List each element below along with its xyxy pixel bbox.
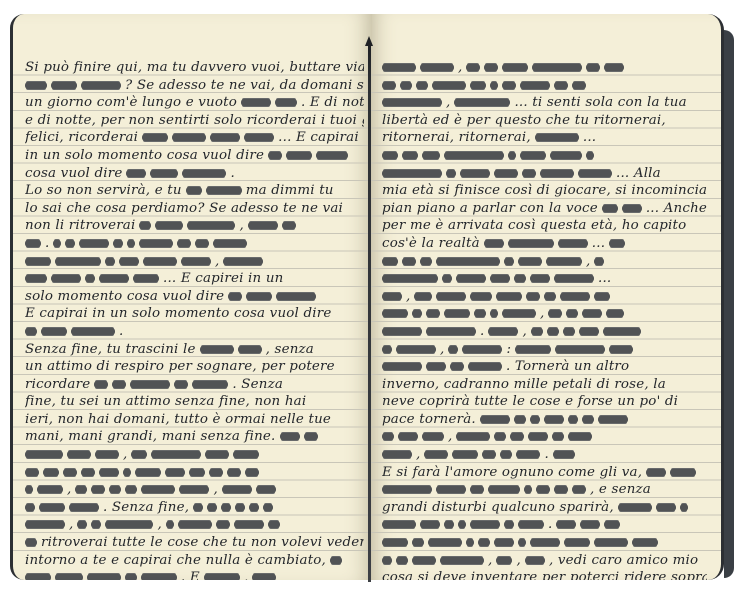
scribbled-out-word — [213, 240, 247, 247]
scribbled-out-word — [53, 240, 61, 247]
scribbled-out-word — [216, 521, 230, 528]
handwritten-text-left: Si può finire qui, ma tu davvero vuoi, b… — [25, 59, 364, 580]
text-segment: libertà ed è per questo che tu ritornera… — [382, 113, 666, 128]
scribbled-out-word — [504, 521, 514, 528]
handwritten-line: ,, — [25, 516, 364, 534]
scribbled-out-word — [555, 346, 605, 353]
left-page: Si può finire qui, ma tu davvero vuoi, b… — [10, 14, 372, 580]
handwritten-line: ... — [382, 270, 707, 288]
scribbled-out-word — [462, 346, 502, 353]
scribbled-out-word — [382, 539, 408, 546]
text-segment: , — [406, 289, 410, 304]
text-segment: . — [480, 324, 484, 339]
text-segment: . — [544, 447, 548, 462]
scribbled-out-word — [622, 205, 642, 212]
scribbled-out-word — [209, 469, 223, 476]
scribbled-out-word — [233, 451, 259, 458]
scribbled-out-word — [141, 574, 177, 580]
scribbled-out-word — [382, 363, 422, 370]
scribbled-out-word — [51, 275, 81, 282]
scribbled-out-word — [478, 539, 490, 546]
scribbled-out-word — [556, 521, 576, 528]
handwritten-line: cosa vuol dire. — [25, 165, 364, 183]
scribbled-out-word — [563, 328, 575, 335]
scribbled-out-word — [490, 310, 498, 317]
handwritten-line: , — [382, 59, 707, 77]
scribbled-out-word — [528, 433, 548, 440]
scribbled-out-word — [540, 170, 574, 177]
scribbled-out-word — [514, 416, 526, 423]
scribbled-out-word — [496, 557, 512, 564]
scribbled-out-word — [69, 504, 99, 511]
scribbled-out-word — [488, 486, 520, 493]
scribbled-out-word — [422, 152, 440, 159]
scribbled-out-word — [204, 574, 240, 580]
scribbled-out-word — [602, 205, 618, 212]
text-segment: ... Alla — [616, 166, 661, 181]
text-segment: , — [416, 447, 420, 462]
scribbled-out-word — [412, 539, 424, 546]
scribbled-out-word — [520, 152, 546, 159]
handwritten-line: ieri, non hai domani, tutto è ormai nell… — [25, 411, 364, 429]
handwritten-line: ricordare. Senza — [25, 376, 364, 394]
scribbled-out-word — [436, 486, 466, 493]
scribbled-out-word — [598, 416, 628, 423]
handwritten-text-right: ,,... ti senti sola con la tualibertà ed… — [382, 59, 707, 580]
scribbled-out-word — [396, 346, 436, 353]
scribbled-out-word — [125, 486, 137, 493]
scribbled-out-word — [594, 293, 610, 300]
scribbled-out-word — [572, 486, 586, 493]
scribbled-out-word — [179, 486, 209, 493]
scribbled-out-word — [206, 187, 242, 194]
scribbled-out-word — [416, 82, 428, 89]
text-segment: . E — [181, 570, 200, 580]
scribbled-out-word — [275, 99, 297, 106]
scribbled-out-word — [282, 222, 296, 229]
scribbled-out-word — [646, 469, 666, 476]
scribbled-out-word — [518, 539, 526, 546]
text-segment: Si può finire qui, ma tu davvero vuoi, b… — [25, 60, 364, 75]
scribbled-out-word — [426, 328, 476, 335]
text-segment: , vedi caro amico mio — [549, 553, 698, 568]
scribbled-out-word — [142, 134, 168, 141]
scribbled-out-word — [414, 293, 432, 300]
scribbled-out-word — [536, 486, 550, 493]
text-segment: E si farà l'amore ognuno come gli va, — [382, 465, 642, 480]
scribbled-out-word — [460, 170, 490, 177]
scribbled-out-word — [500, 451, 512, 458]
scribbled-out-word — [25, 451, 63, 458]
scribbled-out-word — [210, 134, 240, 141]
text-segment: ricordare — [25, 377, 90, 392]
scribbled-out-word — [123, 469, 131, 476]
scribbled-out-word — [330, 557, 342, 564]
text-segment: pace tornerà. — [382, 412, 476, 427]
text-segment: ... ti senti sola con la tua — [514, 95, 686, 110]
text-segment: mia età si finisce così di giocare, si i… — [382, 183, 707, 198]
scribbled-out-word — [454, 99, 510, 106]
handwritten-line: Lo so non servirà, e tuma dimmi tu — [25, 182, 364, 200]
handwritten-line: ritroverai tutte le cose che tu non vole… — [25, 534, 364, 552]
text-segment: , — [213, 482, 217, 497]
text-segment: non li ritroverai — [25, 218, 135, 233]
scribbled-out-word — [382, 310, 408, 317]
scribbled-out-word — [450, 363, 464, 370]
text-segment: . Senza fine, — [103, 500, 189, 515]
handwritten-line: ., — [382, 323, 707, 341]
handwritten-line: , — [382, 428, 707, 446]
handwritten-line: neve coprirà tutte le cose e forse un po… — [382, 393, 707, 411]
text-segment: , — [458, 60, 462, 75]
scribbled-out-word — [510, 433, 524, 440]
handwritten-line: non li ritroverai, — [25, 217, 364, 235]
scribbled-out-word — [468, 363, 502, 370]
text-segment: cos'è la realtà — [382, 236, 480, 251]
handwritten-line: un giorno com'è lungo e vuoto. E di nott… — [25, 94, 364, 112]
scribbled-out-word — [382, 557, 392, 564]
scribbled-out-word — [172, 134, 206, 141]
scribbled-out-word — [268, 521, 280, 528]
text-segment: neve coprirà tutte le cose e forse un po… — [382, 394, 678, 409]
scribbled-out-word — [412, 310, 422, 317]
text-segment: ... — [592, 236, 605, 251]
text-segment: , — [157, 517, 161, 532]
handwritten-line: mani, mani grandi, mani senza fine. — [25, 428, 364, 446]
scribbled-out-word — [446, 170, 456, 177]
scribbled-out-word — [532, 64, 582, 71]
scribbled-out-word — [109, 486, 121, 493]
scribbled-out-word — [77, 521, 87, 528]
scribbled-out-word — [526, 293, 540, 300]
scribbled-out-word — [382, 152, 398, 159]
handwritten-line: mia età si finisce così di giocare, si i… — [382, 182, 707, 200]
scribbled-out-word — [428, 539, 462, 546]
scribbled-out-word — [39, 504, 65, 511]
text-segment: ma dimmi tu — [246, 183, 334, 198]
handwritten-line: libertà ed è per questo che tu ritornera… — [382, 112, 707, 130]
scribbled-out-word — [516, 451, 540, 458]
scribbled-out-word — [382, 486, 432, 493]
text-segment: , — [123, 447, 127, 462]
scribbled-out-word — [189, 469, 205, 476]
scribbled-out-word — [420, 521, 440, 528]
handwritten-line: grandi disturbi qualcuno sparirà, — [382, 499, 707, 517]
scribbled-out-word — [126, 170, 146, 177]
text-segment: ritornerai, ritornerai, — [382, 130, 531, 145]
scribbled-out-word — [632, 539, 658, 546]
scribbled-out-word — [268, 152, 282, 159]
scribbled-out-word — [249, 504, 259, 511]
scribbled-out-word — [25, 258, 51, 265]
scribbled-out-word — [280, 433, 300, 440]
scribbled-out-word — [99, 469, 119, 476]
scribbled-out-word — [618, 504, 652, 511]
scribbled-out-word — [514, 275, 526, 282]
text-segment: per me è arrivata così questa età, ho ca… — [382, 218, 686, 233]
text-segment: Senza fine, tu trascini le — [25, 342, 196, 357]
handwritten-line: solo momento cosa vuol dire — [25, 288, 364, 306]
scribbled-out-word — [444, 521, 454, 528]
scribbled-out-word — [67, 451, 91, 458]
scribbled-out-word — [444, 310, 470, 317]
text-segment: in un solo momento cosa vuol dire — [25, 148, 264, 163]
scribbled-out-word — [398, 433, 418, 440]
handwritten-line: pace tornerà. — [382, 411, 707, 429]
scribbled-out-word — [382, 346, 392, 353]
scribbled-out-word — [382, 258, 398, 265]
handwritten-line: in un solo momento cosa vuol dire — [25, 147, 364, 165]
scribbled-out-word — [494, 539, 514, 546]
text-segment: intorno a te e capirai che nulla è cambi… — [25, 553, 326, 568]
scribbled-out-word — [207, 504, 217, 511]
scribbled-out-word — [382, 433, 394, 440]
text-segment: un giorno com'è lungo e vuoto — [25, 95, 237, 110]
scribbled-out-word — [221, 504, 231, 511]
scribbled-out-word — [568, 433, 592, 440]
scribbled-out-word — [496, 293, 522, 300]
scribbled-out-word — [200, 346, 234, 353]
scribbled-out-word — [544, 293, 556, 300]
scribbled-out-word — [456, 433, 490, 440]
scribbled-out-word — [382, 99, 442, 106]
handwritten-line: ... Alla — [382, 165, 707, 183]
scribbled-out-word — [256, 486, 276, 493]
handwritten-line: per me è arrivata così questa età, ho ca… — [382, 217, 707, 235]
scribbled-out-word — [424, 451, 448, 458]
scribbled-out-word — [139, 240, 173, 247]
scribbled-out-word — [166, 521, 174, 528]
scribbled-out-word — [131, 451, 147, 458]
scribbled-out-word — [535, 134, 579, 141]
scribbled-out-word — [396, 557, 408, 564]
scribbled-out-word — [452, 451, 478, 458]
handwritten-line: E capirai in un solo momento cosa vuol d… — [25, 305, 364, 323]
text-segment: , — [69, 517, 73, 532]
text-segment: . Senza — [232, 377, 283, 392]
handwritten-line: E si farà l'amore ognuno come gli va, — [382, 464, 707, 482]
scribbled-out-word — [456, 275, 486, 282]
scribbled-out-word — [440, 557, 484, 564]
scribbled-out-word — [41, 328, 67, 335]
scribbled-out-word — [494, 170, 518, 177]
text-segment: ... Anche — [646, 201, 707, 216]
scribbled-out-word — [228, 293, 242, 300]
handwritten-line — [382, 77, 707, 95]
text-segment: . Tornerà un altro — [506, 359, 629, 374]
right-page: ,,... ti senti sola con la tualibertà ed… — [372, 14, 724, 580]
scribbled-out-word — [484, 64, 498, 71]
scribbled-out-word — [402, 152, 418, 159]
scribbled-out-word — [25, 486, 33, 493]
text-segment: cosa vuol dire — [25, 166, 122, 181]
scribbled-out-word — [382, 275, 438, 282]
scribbled-out-word — [245, 469, 259, 476]
scribbled-out-word — [182, 170, 226, 177]
text-segment: felici, ricorderai — [25, 130, 138, 145]
handwritten-line: , — [25, 446, 364, 464]
text-segment: E capirai in un solo momento cosa vuol d… — [25, 306, 331, 321]
scribbled-out-word — [568, 416, 578, 423]
handwritten-line: . E, — [25, 569, 364, 580]
scribbled-out-word — [508, 240, 554, 247]
handwritten-line: . — [25, 235, 364, 253]
scribbled-out-word — [604, 64, 624, 71]
scribbled-out-word — [530, 275, 550, 282]
scribbled-out-word — [130, 381, 170, 388]
scribbled-out-word — [466, 64, 480, 71]
scribbled-out-word — [564, 539, 590, 546]
handwritten-line: lo sai che cosa perdiamo? Se adesso te n… — [25, 200, 364, 218]
handwritten-line: ... E capirei in un — [25, 270, 364, 288]
scribbled-out-word — [165, 469, 185, 476]
scribbled-out-word — [113, 240, 123, 247]
scribbled-out-word — [544, 416, 564, 423]
scribbled-out-word — [81, 469, 95, 476]
scribbled-out-word — [51, 82, 77, 89]
scribbled-out-word — [316, 152, 348, 159]
open-notebook: Si può finire qui, ma tu davvero vuoi, b… — [10, 14, 730, 586]
scribbled-out-word — [193, 504, 203, 511]
scribbled-out-word — [444, 152, 504, 159]
text-segment: , — [440, 342, 444, 357]
scribbled-out-word — [609, 346, 633, 353]
scribbled-out-word — [466, 539, 474, 546]
scribbled-out-word — [525, 557, 545, 564]
scribbled-out-word — [99, 275, 129, 282]
scribbled-out-word — [578, 170, 612, 177]
scribbled-out-word — [670, 469, 696, 476]
text-segment: ieri, non hai domani, tutto è ormai nell… — [25, 412, 331, 427]
scribbled-out-word — [382, 521, 416, 528]
scribbled-out-word — [470, 486, 484, 493]
scribbled-out-word — [222, 486, 252, 493]
text-segment: fine, tu sei un attimo senza fine, non h… — [25, 394, 306, 409]
scribbled-out-word — [195, 240, 209, 247]
text-segment: . — [45, 236, 49, 251]
scribbled-out-word — [91, 521, 101, 528]
handwritten-line: ? Se adesso te ne vai, da domani sopra — [25, 77, 364, 95]
scribbled-out-word — [606, 310, 624, 317]
text-segment: , — [239, 218, 243, 233]
text-segment: , — [215, 254, 219, 269]
scribbled-out-word — [25, 539, 37, 546]
text-segment: mani, mani grandi, mani senza fine. — [25, 429, 276, 444]
scribbled-out-word — [95, 451, 119, 458]
scribbled-out-word — [680, 504, 688, 511]
scribbled-out-word — [515, 346, 551, 353]
text-segment: , — [522, 324, 526, 339]
handwritten-line: , e senza — [382, 481, 707, 499]
scribbled-out-word — [238, 346, 262, 353]
scribbled-out-word — [530, 539, 560, 546]
handwritten-line: , — [382, 253, 707, 271]
scribbled-out-word — [579, 328, 599, 335]
text-segment: ritroverai tutte le cose che tu non vole… — [41, 535, 364, 550]
scribbled-out-word — [422, 433, 444, 440]
handwritten-line: Si può finire qui, ma tu davvero vuoi, b… — [25, 59, 364, 77]
scribbled-out-word — [554, 275, 594, 282]
text-segment: Lo so non servirà, e tu — [25, 183, 182, 198]
scribbled-out-word — [558, 240, 588, 247]
scribbled-out-word — [25, 275, 47, 282]
text-segment: ... — [598, 271, 611, 286]
handwritten-line: cos'è la realtà... — [382, 235, 707, 253]
handwritten-line: . — [25, 323, 364, 341]
text-segment: . — [119, 324, 123, 339]
scribbled-out-word — [37, 486, 63, 493]
handwritten-line: pian piano a parlar con la voce... Anche — [382, 200, 707, 218]
scribbled-out-word — [205, 451, 229, 458]
handwritten-line: . — [382, 516, 707, 534]
scribbled-out-word — [382, 64, 416, 71]
text-segment: , senza — [266, 342, 314, 357]
handwritten-line: , — [25, 253, 364, 271]
scribbled-out-word — [402, 258, 416, 265]
scribbled-out-word — [276, 293, 316, 300]
scribbled-out-word — [553, 451, 575, 458]
scribbled-out-word — [81, 82, 121, 89]
scribbled-out-word — [566, 310, 578, 317]
text-segment: . E di notte — [301, 95, 364, 110]
handwritten-line: ,,, vedi caro amico mio — [382, 552, 707, 570]
text-segment: ? Se adesso te ne vai, da domani sopra — [125, 78, 364, 93]
scribbled-out-word — [63, 469, 77, 476]
scribbled-out-word — [187, 222, 235, 229]
scribbled-out-word — [248, 222, 278, 229]
text-segment: , — [540, 306, 544, 321]
scribbled-out-word — [586, 152, 594, 159]
scribbled-out-word — [25, 240, 41, 247]
text-segment: , — [446, 95, 450, 110]
scribbled-out-word — [25, 574, 51, 580]
scribbled-out-word — [143, 258, 177, 265]
scribbled-out-word — [252, 574, 276, 580]
text-segment: . — [230, 166, 234, 181]
scribbled-out-word — [490, 82, 498, 89]
scribbled-out-word — [518, 521, 544, 528]
scribbled-out-word — [520, 82, 550, 89]
text-segment: , e senza — [590, 482, 651, 497]
text-segment: , — [488, 553, 492, 568]
scribbled-out-word — [244, 134, 274, 141]
scribbled-out-word — [594, 539, 628, 546]
handwritten-line: fine, tu sei un attimo senza fine, non h… — [25, 393, 364, 411]
scribbled-out-word — [304, 433, 318, 440]
scribbled-out-word — [186, 187, 202, 194]
scribbled-out-word — [432, 82, 466, 89]
handwritten-line: ,... ti senti sola con la tua — [382, 94, 707, 112]
handwritten-line: inverno, cadranno mille petali di rose, … — [382, 376, 707, 394]
scribbled-out-word — [547, 328, 559, 335]
pen-in-gutter — [368, 42, 371, 582]
scribbled-out-word — [554, 82, 568, 89]
scribbled-out-word — [420, 258, 432, 265]
scribbled-out-word — [125, 574, 137, 580]
scribbled-out-word — [656, 504, 676, 511]
scribbled-out-word — [458, 521, 466, 528]
text-segment: , — [67, 482, 71, 497]
scribbled-out-word — [474, 310, 486, 317]
scribbled-out-word — [550, 152, 582, 159]
scribbled-out-word — [484, 240, 504, 247]
scribbled-out-word — [177, 240, 191, 247]
scribbled-out-word — [546, 258, 582, 265]
scribbled-out-word — [382, 170, 442, 177]
text-segment: , — [244, 570, 248, 580]
scribbled-out-word — [71, 328, 115, 335]
scribbled-out-word — [603, 328, 641, 335]
